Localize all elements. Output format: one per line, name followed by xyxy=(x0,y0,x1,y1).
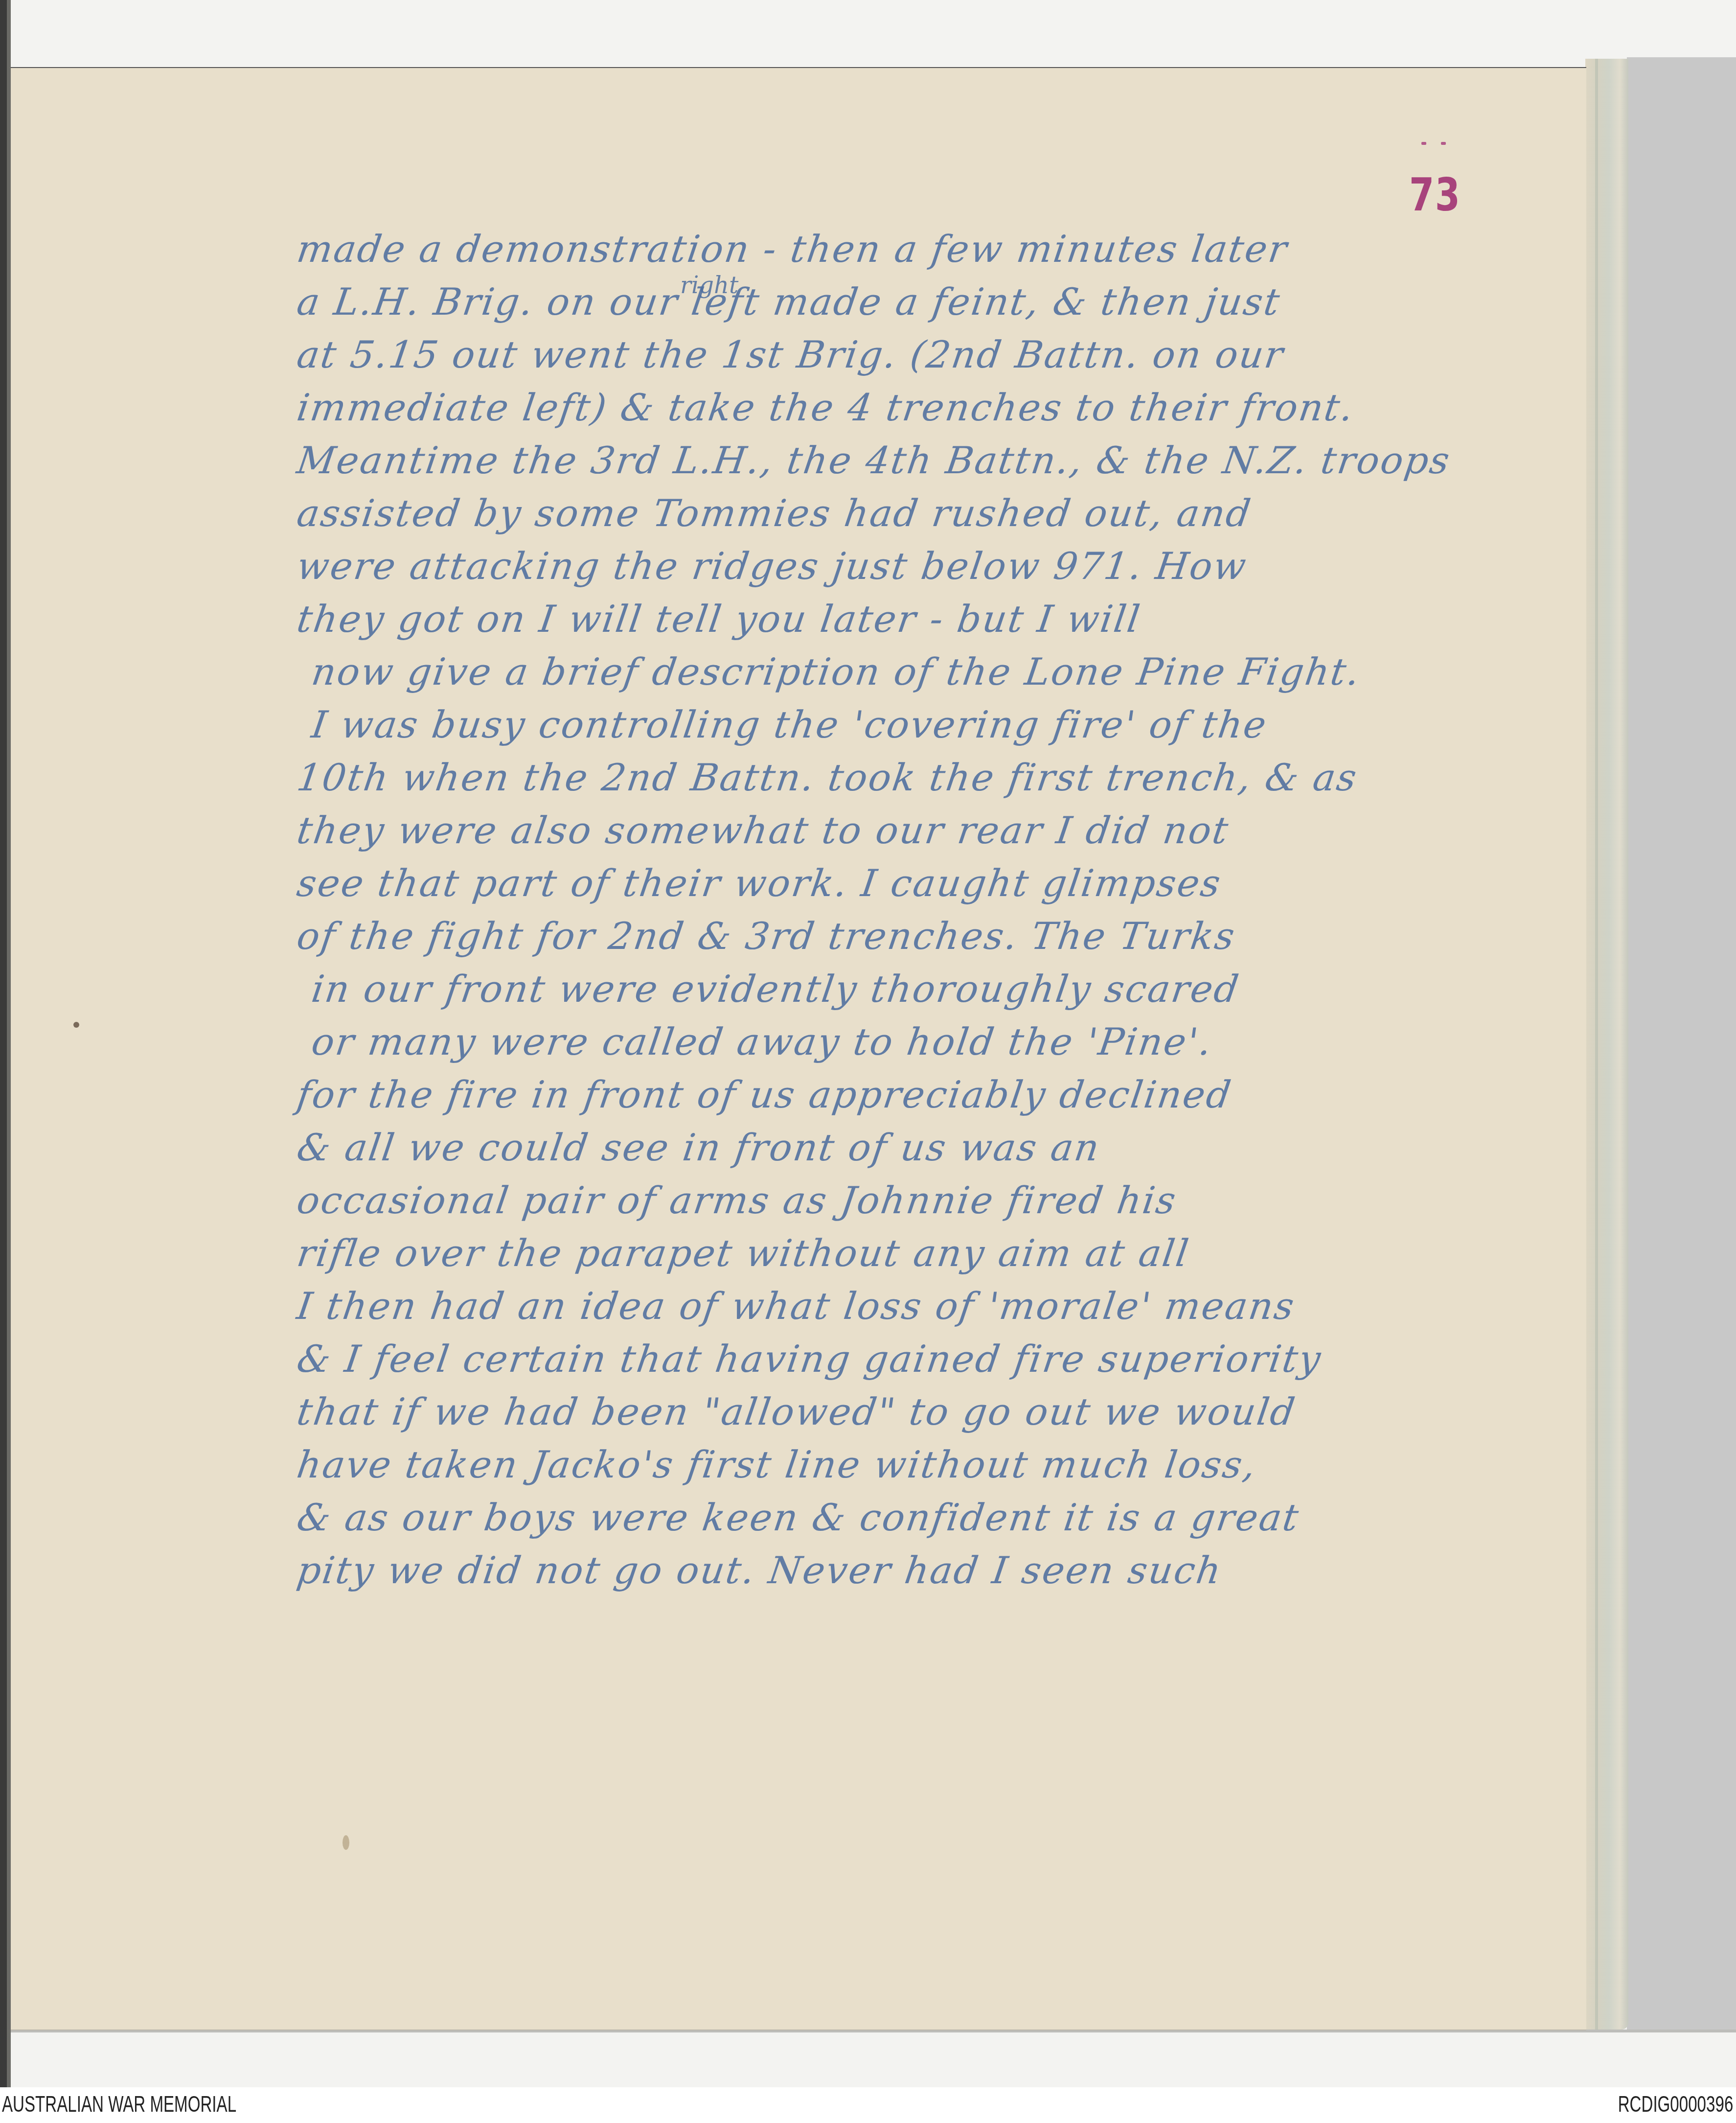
text-line: they were also somewhat to our rear I di… xyxy=(294,804,1583,857)
text-line: at 5.15 out went the 1st Brig. (2nd Batt… xyxy=(294,328,1583,381)
text-line: see that part of their work. I caught gl… xyxy=(294,857,1583,910)
stamp-marks xyxy=(1421,142,1451,146)
text-line: of the fight for 2nd & 3rd trenches. The… xyxy=(294,910,1583,963)
text-line: I was busy controlling the 'covering fir… xyxy=(294,698,1583,751)
scan-left-edge-shadow xyxy=(7,0,11,2087)
page-stack-edge xyxy=(1585,59,1628,2030)
page-number-stamp: 73 xyxy=(1409,169,1461,221)
text-line: & all we could see in front of us was an xyxy=(294,1121,1583,1174)
text-line: that if we had been "allowed" to go out … xyxy=(294,1385,1583,1438)
paper-stain xyxy=(343,1835,349,1850)
text-line: or many were called away to hold the 'Pi… xyxy=(294,1015,1583,1068)
handwritten-text: made a demonstration - then a few minute… xyxy=(294,223,1576,1597)
text-line: pity we did not go out. Never had I seen… xyxy=(294,1544,1583,1597)
text-line: in our front were evidently thoroughly s… xyxy=(294,963,1583,1015)
text-line: they got on I will tell you later - but … xyxy=(294,593,1583,646)
ink-blot xyxy=(73,1022,79,1028)
text-line: & I feel certain that having gained fire… xyxy=(294,1333,1583,1385)
text-line: immediate left) & take the 4 trenches to… xyxy=(294,381,1583,434)
page-bottom-shadow xyxy=(11,2030,1736,2032)
text-line: for the fire in front of us appreciably … xyxy=(294,1068,1583,1121)
scan-left-edge xyxy=(0,0,7,2087)
text-line: Meantime the 3rd L.H., the 4th Battn., &… xyxy=(294,434,1583,487)
text-line: now give a brief description of the Lone… xyxy=(294,646,1583,698)
text-line: & as our boys were keen & confident it i… xyxy=(294,1491,1583,1544)
text-line: made a demonstration - then a few minute… xyxy=(294,223,1583,276)
text-line: were attacking the ridges just below 971… xyxy=(294,540,1583,593)
text-line: assisted by some Tommies had rushed out,… xyxy=(294,487,1583,540)
text-line: I then had an idea of what loss of 'mora… xyxy=(294,1280,1583,1333)
text-line: have taken Jacko's first line without mu… xyxy=(294,1438,1583,1491)
archive-credit: AUSTRALIAN WAR MEMORIAL xyxy=(2,2091,236,2117)
text-line: occasional pair of arms as Johnnie fired… xyxy=(294,1174,1583,1227)
text-line: rifle over the parapet without any aim a… xyxy=(294,1227,1583,1280)
scanner-bed-background xyxy=(1627,57,1736,2030)
record-id: RCDIG0000396 xyxy=(1618,2091,1733,2117)
text-line: a L.H. Brig. on our left made a feint, &… xyxy=(294,276,1583,328)
text-line: 10th when the 2nd Battn. took the first … xyxy=(294,751,1583,804)
